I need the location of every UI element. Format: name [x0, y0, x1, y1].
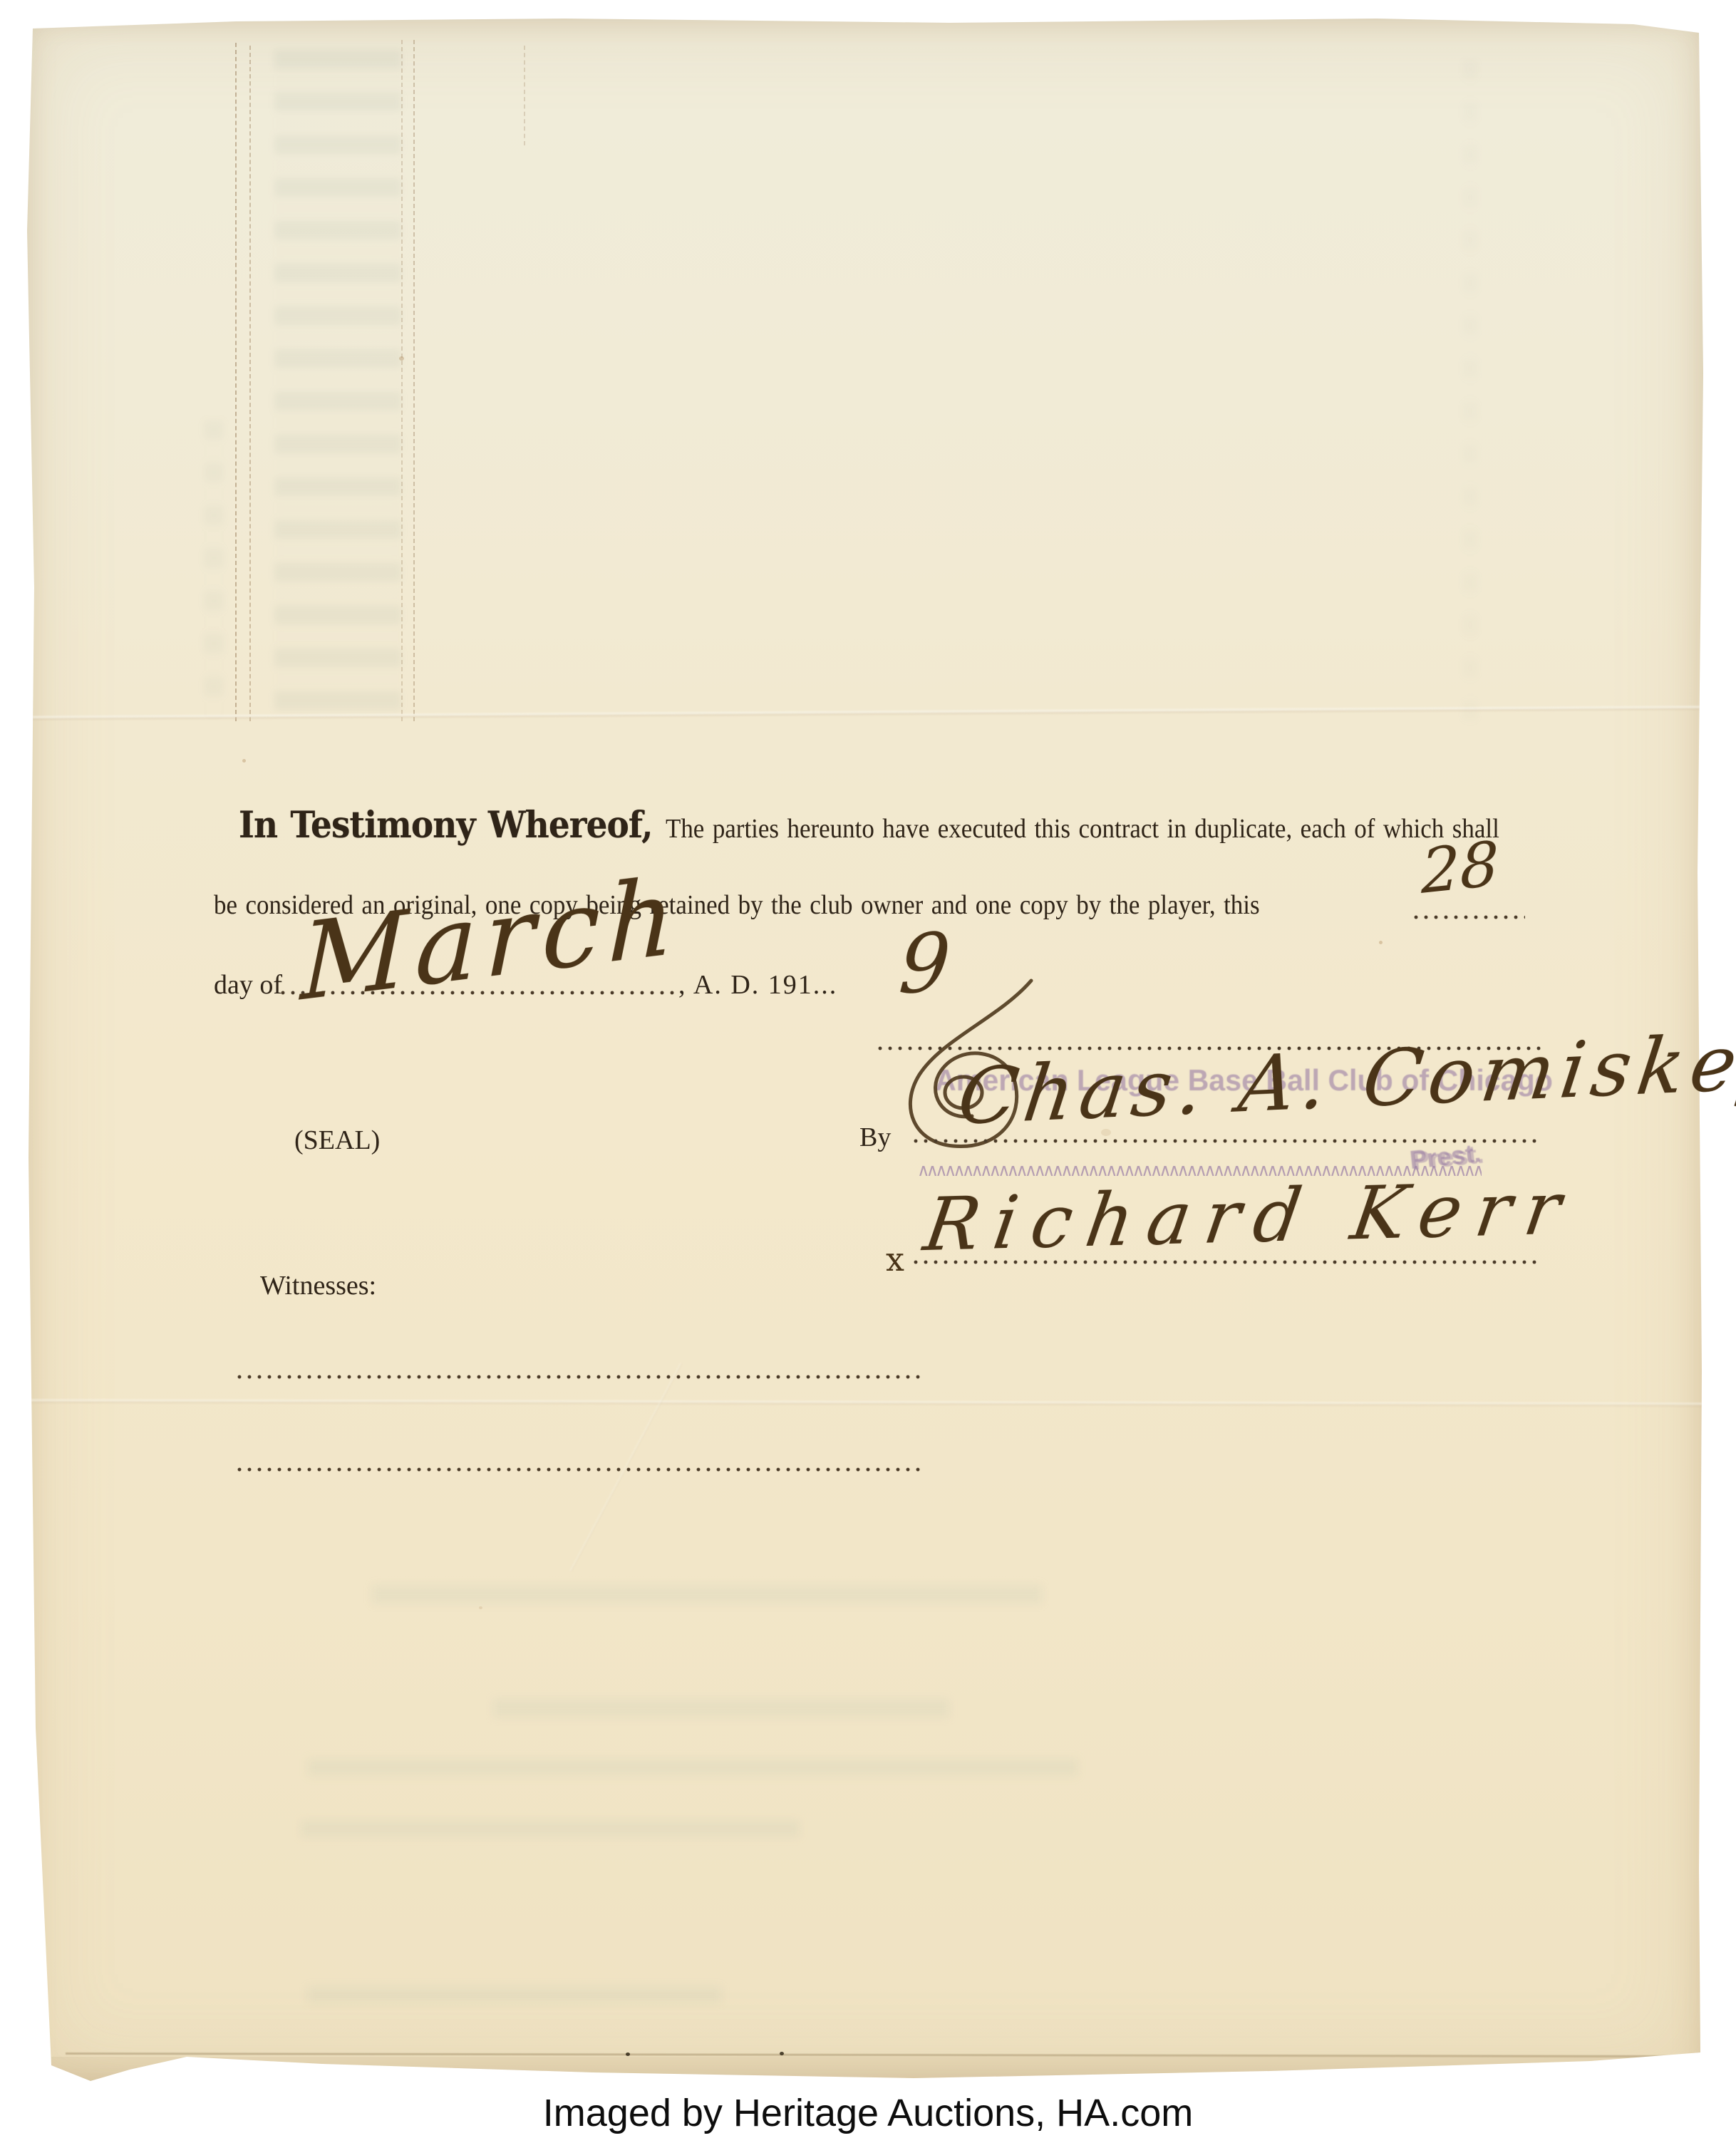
bleed-through-cover-text: [274, 50, 401, 713]
witness-line-2: [237, 1467, 920, 1472]
seal-label: (SEAL): [294, 1125, 380, 1156]
by-label: By: [859, 1122, 891, 1153]
day-of-label: day of: [214, 969, 282, 1001]
auction-house-caption: Imaged by Heritage Auctions, HA.com: [0, 2091, 1736, 2135]
foxing-speck: [1379, 941, 1383, 944]
day-number-dotted-blank: [1414, 915, 1525, 920]
bleed-through-small-text: [204, 420, 224, 720]
bleed-through-rule-line: [413, 40, 415, 721]
bleed-through-text-band: [301, 1820, 800, 1837]
witnesses-label: Witnesses:: [260, 1270, 376, 1301]
scanned-document: In Testimony Whereof, The parties hereun…: [0, 0, 1736, 2138]
bleed-through-text-band: [372, 1585, 1042, 1603]
bleed-through-rule-line: [235, 43, 237, 721]
foxing-speck: [242, 759, 246, 763]
bleed-through-text-band: [308, 1987, 721, 2003]
foxing-speck: [399, 356, 404, 361]
bleed-through-rule-line: [524, 46, 525, 145]
bleed-through-rule-line: [401, 40, 403, 721]
testimony-paragraph-line1: In Testimony Whereof, The parties hereun…: [239, 804, 1499, 847]
player-x-mark: x: [886, 1240, 904, 1279]
bleed-through-text-band: [493, 1699, 949, 1718]
player-signature: Richard Kerr: [919, 1166, 1580, 1268]
bleed-through-fold-mark: [1462, 60, 1478, 730]
ad-year-label: , A. D. 191...: [678, 969, 837, 1001]
testimony-body-line1: The parties hereunto have executed this …: [666, 813, 1499, 845]
bleed-through-text-band: [308, 1759, 1078, 1776]
testimony-lead-blackletter: In Testimony Whereof,: [239, 804, 653, 847]
witness-line-1: [237, 1375, 920, 1380]
handwritten-day-number: 28: [1421, 828, 1499, 908]
player-signature-dotted-line: [914, 1260, 1541, 1265]
foxing-speck: [479, 1606, 482, 1609]
bleed-through-rule-line: [249, 46, 251, 721]
